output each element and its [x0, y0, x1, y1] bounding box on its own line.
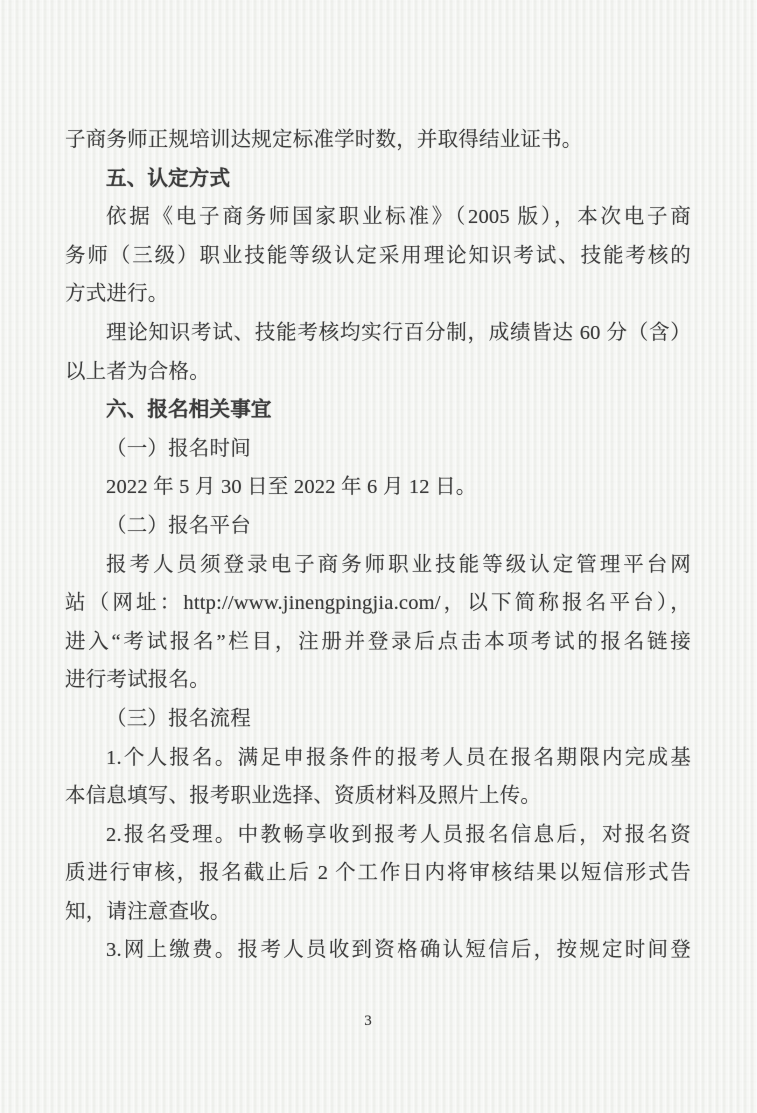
text-line: （三）报名流程 — [65, 700, 691, 739]
section-heading: 六、报名相关事宜 — [65, 391, 691, 430]
text-line: 1.个人报名。满足申报条件的报考人员在报名期限内完成基 — [65, 739, 691, 778]
document-text-block: 子商务师正规培训达规定标准学时数，并取得结业证书。五、认定方式依据《电子商务师国… — [65, 121, 691, 970]
text-line: 依据《电子商务师国家职业标准》（2005 版），本次电子商 — [65, 198, 691, 237]
text-line: （一）报名时间 — [65, 430, 691, 469]
text-line: 理论知识考试、技能考核均实行百分制，成绩皆达 60 分（含） — [65, 314, 691, 353]
page-number: 3 — [0, 1011, 736, 1031]
text-line: 进行考试报名。 — [65, 661, 691, 700]
text-line: 进入“考试报名”栏目，注册并登录后点击本项考试的报名链接 — [65, 623, 691, 662]
text-line: 以上者为合格。 — [65, 353, 691, 392]
text-line: 本信息填写、报考职业选择、资质材料及照片上传。 — [65, 777, 691, 816]
text-line: 2.报名受理。中教畅享收到报考人员报名信息后，对报名资 — [65, 816, 691, 855]
text-line: 务师（三级）职业技能等级认定采用理论知识考试、技能考核的 — [65, 237, 691, 276]
section-heading: 五、认定方式 — [65, 160, 691, 199]
text-line: 3.网上缴费。报考人员收到资格确认短信后，按规定时间登 — [65, 931, 691, 970]
text-line: 质进行审核，报名截止后 2 个工作日内将审核结果以短信形式告 — [65, 854, 691, 893]
text-line: 方式进行。 — [65, 275, 691, 314]
text-line: 报考人员须登录电子商务师职业技能等级认定管理平台网 — [65, 546, 691, 585]
text-line: 知，请注意查收。 — [65, 893, 691, 932]
scanned-document-page: 子商务师正规培训达规定标准学时数，并取得结业证书。五、认定方式依据《电子商务师国… — [0, 0, 757, 1113]
text-line: 2022 年 5 月 30 日至 2022 年 6 月 12 日。 — [65, 468, 691, 507]
text-line: 站（网址：http://www.jinengpingjia.com/，以下简称报… — [65, 584, 691, 623]
text-line: 子商务师正规培训达规定标准学时数，并取得结业证书。 — [65, 121, 691, 160]
text-line: （二）报名平台 — [65, 507, 691, 546]
